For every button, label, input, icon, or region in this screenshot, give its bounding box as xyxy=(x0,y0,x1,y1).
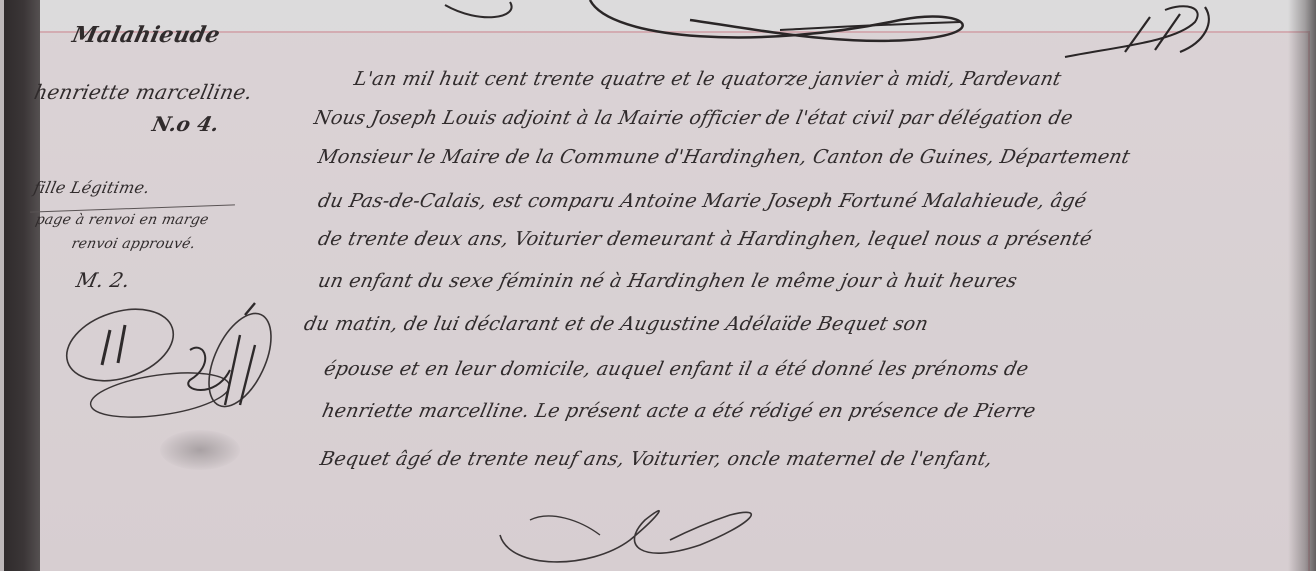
record-line-3: Monsieur le Maire de la Commune d'Hardin… xyxy=(316,146,1132,168)
margin-renvoi-approved: renvoi approuvé. xyxy=(70,236,197,252)
book-binding xyxy=(4,0,40,571)
margin-legitimacy-note: fille Légitime. xyxy=(32,178,152,197)
margin-initials: M. 2. xyxy=(74,268,132,292)
record-line-10: Bequet âgé de trente neuf ans, Voiturier… xyxy=(318,448,994,470)
paraph-signature-icon xyxy=(40,295,280,435)
register-page: Malahieude henriette marcelline. N.o 4. … xyxy=(0,0,1316,571)
page-gutter-shadow xyxy=(1288,0,1316,571)
record-line-8: épouse et en leur domicile, auquel enfan… xyxy=(322,358,1031,380)
record-line-2: Nous Joseph Louis adjoint à la Mairie of… xyxy=(312,107,1075,129)
margin-surname: Malahieude xyxy=(70,22,222,48)
record-line-9: henriette marcelline. Le présent acte a … xyxy=(320,400,1038,422)
record-line-4: du Pas-de-Calais, est comparu Antoine Ma… xyxy=(316,190,1089,212)
record-line-1: L'an mil huit cent trente quatre et le q… xyxy=(352,68,1063,90)
record-line-7: du matin, de lui déclarant et de Augusti… xyxy=(302,313,930,335)
margin-record-number: N.o 4. xyxy=(150,112,221,136)
margin-given-names: henriette marcelline. xyxy=(32,80,255,104)
record-line-5: de trente deux ans, Voiturier demeurant … xyxy=(316,228,1094,250)
folio-number-flourish-icon xyxy=(1055,2,1225,62)
margin-renvoi-note: page à renvoi en marge xyxy=(34,212,210,228)
record-line-6: un enfant du sexe féminin né à Hardinghe… xyxy=(316,270,1019,292)
closing-flourish-icon xyxy=(470,490,790,570)
ink-blot xyxy=(160,430,240,470)
